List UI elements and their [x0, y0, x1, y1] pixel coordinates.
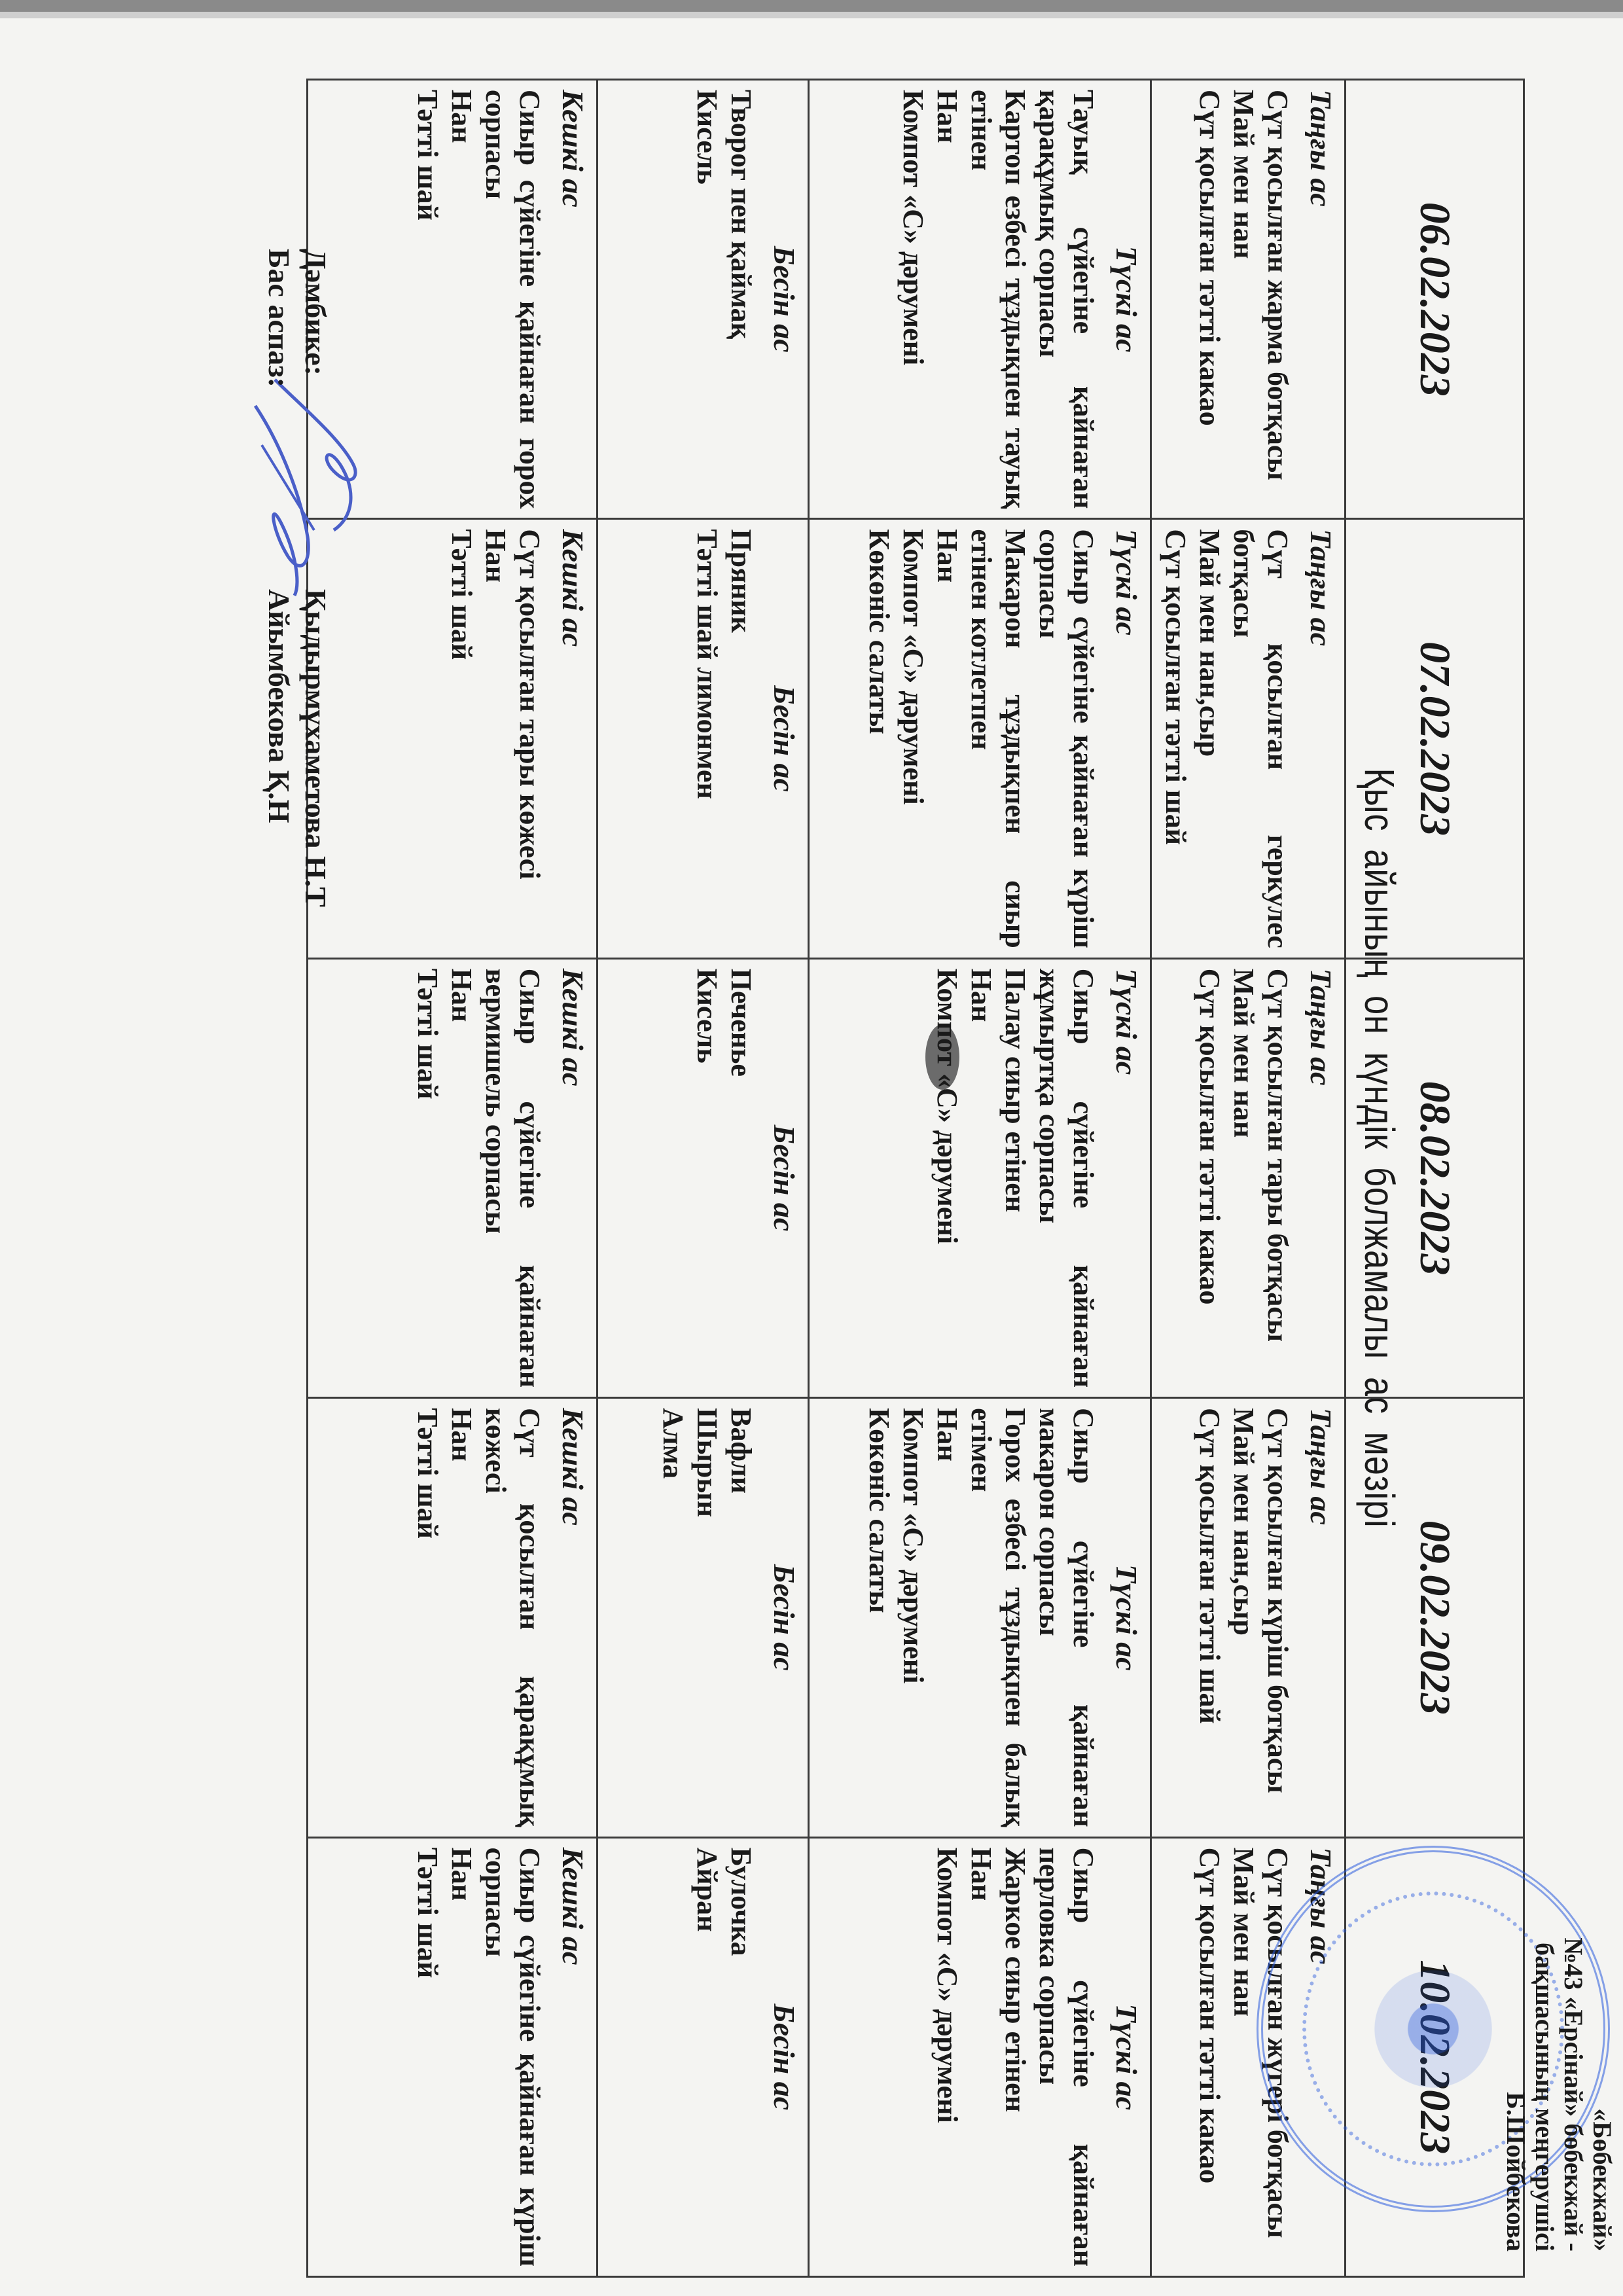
dish-item: Нан — [478, 529, 512, 948]
dish-item: Кисель — [690, 90, 724, 509]
date-header: 06.02.2023 — [1346, 80, 1524, 519]
dish-item: Тәтті шай — [410, 1408, 444, 1827]
dish-item: Сүт қосылған жарма ботқасы — [1260, 90, 1294, 509]
dish-item: Печенье — [724, 969, 758, 1388]
menu-document: «Бөбекжай» №43 «Ерсінай» бөбекжай - бақш… — [0, 0, 1623, 2296]
snack-cell: Бесін асПеченьеКисель — [597, 958, 809, 1397]
dish-item: Сиыр сүйегіне қайнаған перловка сорпасы — [1032, 1848, 1100, 2267]
dish-item: Пряник — [724, 529, 758, 948]
dish-item: Сүт қосылған тәтті какао — [1192, 1848, 1226, 2267]
dish-item: Сүт қосылған тәтті шай — [1192, 1408, 1226, 1827]
dish-item: Көкөніс салаты — [862, 1408, 896, 1827]
dish-item: Сиыр сүйегіне қайнаған вермишель сорпасы — [478, 969, 546, 1388]
dish-item: Компот «С» дәрумені — [896, 529, 930, 948]
dish-item: Тәтті шай — [410, 90, 444, 509]
meal-label: Таңғы ас — [1304, 969, 1338, 1388]
breakfast-cell: Таңғы асСүт қосылған тары ботқасыМай мен… — [1151, 958, 1346, 1397]
dish-item: Тәтті шай — [444, 529, 478, 948]
meal-label: Түскі ас — [1109, 1408, 1143, 1827]
lunch-cell: Түскі асТауық сүйегіне қайнаған қарақұмы… — [809, 80, 1151, 519]
lunch-cell: Түскі асСиыр сүйегіне қайнаған макарон с… — [809, 1398, 1151, 1837]
dish-item: Нан — [930, 1408, 964, 1827]
breakfast-cell: Таңғы асСүт қосылған жарма ботқасыМай ме… — [1151, 80, 1346, 519]
dish-item: Вафли — [724, 1408, 758, 1827]
lunch-row: Түскі асТауық сүйегіне қайнаған қарақұмы… — [809, 80, 1151, 2277]
breakfast-cell: Таңғы асСүт қосылған жүгері ботқасыМай м… — [1151, 1837, 1346, 2276]
snack-row: Бесін асТворог пен қаймақКисель Бесін ас… — [597, 80, 809, 2277]
dish-item: Жаркое сиыр етінен — [998, 1848, 1032, 2267]
dish-item: Нан — [964, 969, 998, 1388]
dinner-cell: Кешкі асСиыр сүйегіне қайнаған күріш сор… — [308, 1837, 597, 2276]
dish-item: Булочка — [724, 1848, 758, 2267]
dish-item: Сүт қосылған күріш ботқасы — [1260, 1408, 1294, 1827]
dish-item: Сиыр сүйегіне қайнаған макарон сорпасы — [1032, 1408, 1100, 1827]
dish-item: Нан — [444, 969, 478, 1388]
dish-item: Сиыр сүйегіне қайнаған горох сорпасы — [478, 90, 546, 509]
dish-item: Алма — [656, 1408, 690, 1827]
dish-item: Сүт қосылған тары көжесі — [512, 529, 546, 948]
meal-label: Түскі ас — [1109, 90, 1143, 509]
dish-item: Сиыр сүйегіне қайнаған күріш сорпасы — [478, 1848, 546, 2267]
dish-item: Нан — [930, 90, 964, 509]
dish-item: Сүт қосылған тәтті какао — [1192, 969, 1226, 1388]
dish-item: Нан — [444, 1848, 478, 2267]
dish-item: Компот «С» дәрумені — [896, 90, 930, 509]
dish-item: Сүт қосылған тәтті какао — [1192, 90, 1226, 509]
meal-label: Бесін ас — [767, 1848, 801, 2267]
snack-cell: Бесін асВафлиШырынАлма — [597, 1398, 809, 1837]
meal-label: Түскі ас — [1109, 969, 1143, 1388]
dish-item: Сүт қосылған тәтті шай — [1158, 529, 1192, 948]
date-header: 09.02.2023 — [1346, 1398, 1524, 1837]
lunch-cell: Түскі асСиыр сүйегіне қайнаған жұмыртқа … — [809, 958, 1151, 1397]
meal-label: Түскі ас — [1109, 529, 1143, 948]
meal-label: Бесін ас — [767, 90, 801, 509]
meal-label: Таңғы ас — [1304, 1408, 1338, 1827]
signature-name: Қыдырмұхаметова Н.Т — [297, 589, 334, 907]
signature-role: Дәмбике: — [297, 249, 334, 471]
meal-label: Кешкі ас — [556, 1848, 590, 2267]
dish-item: Тәтті шай — [410, 1848, 444, 2267]
dish-item: Горох езбесі тұздықпен балық етімен — [964, 1408, 1032, 1827]
dish-item: Макарон тұздықпен сиыр етінен котлетпен — [964, 529, 1032, 948]
dish-item: Компот «С» дәрумені — [896, 1408, 930, 1827]
dish-item: Сүт қосылған қарақұмық көжесі — [478, 1408, 546, 1827]
dish-item: Кисель — [690, 969, 724, 1388]
stamp-line: Б.Шойбекова — [1501, 1820, 1530, 2251]
snack-cell: Бесін асБулочкаАйран — [597, 1837, 809, 2276]
date-header: 08.02.2023 — [1346, 958, 1524, 1397]
dish-item: Палау сиыр етінен — [998, 969, 1032, 1388]
dish-item: Май мен нан,сыр — [1192, 529, 1226, 948]
dish-item: Сиыр сүйегіне қайнаған күріш сорпасы — [1032, 529, 1100, 948]
stamp-line: «Бөбекжай» — [1588, 1820, 1616, 2251]
dish-item: Айран — [690, 1848, 724, 2267]
dish-item: Тауық сүйегіне қайнаған қарақұмық сорпас… — [1032, 90, 1100, 509]
snack-cell: Бесін асТворог пен қаймақКисель — [597, 80, 809, 519]
dish-item: Тәтті шай лимонмен — [690, 529, 724, 948]
signature-row: Бас аспаз: Айымбекова Қ.Н — [260, 249, 297, 907]
dish-item: Нан — [930, 529, 964, 948]
breakfast-row: Таңғы асСүт қосылған жарма ботқасыМай ме… — [1151, 80, 1346, 2277]
meal-label: Таңғы ас — [1304, 529, 1338, 948]
meal-label: Таңғы ас — [1304, 90, 1338, 509]
stamp-line: №43 «Ерсінай» бөбекжай - — [1559, 1820, 1588, 2251]
meal-label: Кешкі ас — [556, 90, 590, 509]
date-header: 07.02.2023 — [1346, 519, 1524, 958]
lunch-cell: Түскі асСиыр сүйегіне қайнаған күріш сор… — [809, 519, 1151, 958]
dish-item: Нан — [444, 1408, 478, 1827]
menu-table: 06.02.2023 07.02.2023 08.02.2023 09.02.2… — [306, 79, 1525, 2278]
meal-label: Кешкі ас — [556, 969, 590, 1388]
signature-block: Дәмбике: Қыдырмұхаметова Н.Т Бас аспаз: … — [260, 249, 334, 907]
meal-label: Бесін ас — [767, 969, 801, 1388]
dinner-cell: Кешкі асСүт қосылған қарақұмық көжесіНан… — [308, 1398, 597, 1837]
breakfast-cell: Таңғы асСүт қосылған геркулес ботқасыМай… — [1151, 519, 1346, 958]
dish-item: Сүт қосылған тары ботқасы — [1260, 969, 1294, 1388]
meal-label: Бесін ас — [767, 1408, 801, 1827]
meal-label: Бесін ас — [767, 529, 801, 948]
dinner-cell: Кешкі асСиыр сүйегіне қайнаған вермишель… — [308, 958, 597, 1397]
meal-label: Таңғы ас — [1304, 1848, 1338, 2267]
dish-item: Сиыр сүйегіне қайнаған жұмыртқа сорпасы — [1032, 969, 1100, 1388]
meal-label: Кешкі ас — [556, 529, 590, 948]
meal-label: Түскі ас — [1109, 1848, 1143, 2267]
dish-item: Компот «С» дәрумені — [930, 1848, 964, 2267]
dish-item: Картоп езбесі тұздықпен тауық етінен — [964, 90, 1032, 509]
stamp-approval-text: «Бөбекжай» №43 «Ерсінай» бөбекжай - бақш… — [1501, 1820, 1616, 2251]
signature-row: Дәмбике: Қыдырмұхаметова Н.Т — [297, 249, 334, 907]
dish-item: Тәтті шай — [410, 969, 444, 1388]
breakfast-cell: Таңғы асСүт қосылған күріш ботқасыМай ме… — [1151, 1398, 1346, 1837]
date-header-row: 06.02.2023 07.02.2023 08.02.2023 09.02.2… — [1346, 80, 1524, 2277]
dish-item: Нан — [964, 1848, 998, 2267]
dish-item: Нан — [444, 90, 478, 509]
signature-name: Айымбекова Қ.Н — [260, 589, 297, 823]
dish-item: Май мен нан — [1226, 969, 1260, 1388]
dish-item: Көкөніс салаты — [862, 529, 896, 948]
dish-item: Сүт қосылған геркулес ботқасы — [1226, 529, 1294, 948]
dish-item: Шырын — [690, 1408, 724, 1827]
lunch-cell: Түскі асСиыр сүйегіне қайнаған перловка … — [809, 1837, 1151, 2276]
dish-item: Творог пен қаймақ — [724, 90, 758, 509]
dish-item: Сүт қосылған жүгері ботқасы — [1260, 1848, 1294, 2267]
dish-item: Май мен нан — [1226, 1848, 1260, 2267]
date-header: 10.02.2023 — [1346, 1837, 1524, 2276]
dish-item: Май мен нан,сыр — [1226, 1408, 1260, 1827]
dish-item: Компот «С» дәрумені — [930, 969, 964, 1388]
stamp-line: бақшасының меңгерушісі — [1530, 1820, 1559, 2251]
snack-cell: Бесін асПряникТәтті шай лимонмен — [597, 519, 809, 958]
signature-role: Бас аспаз: — [260, 249, 297, 471]
dish-item: Май мен нан — [1226, 90, 1260, 509]
meal-label: Кешкі ас — [556, 1408, 590, 1827]
